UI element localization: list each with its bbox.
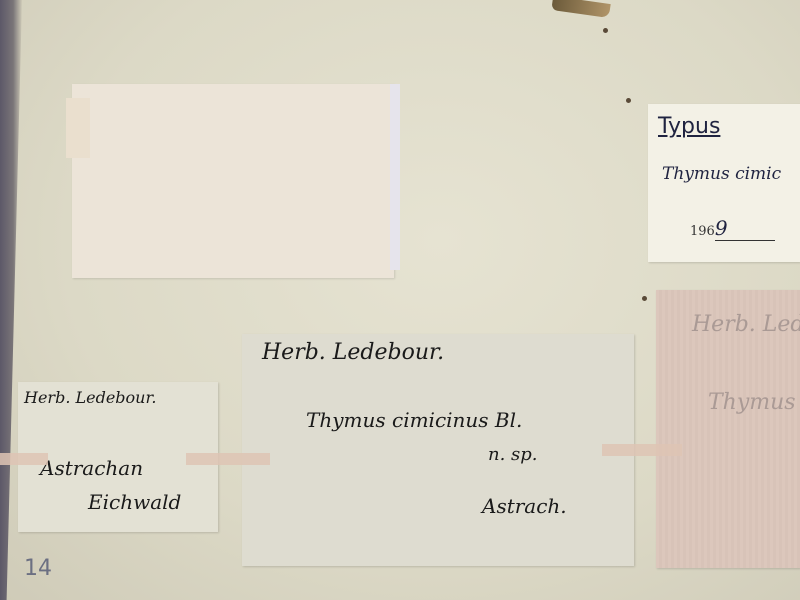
main-taxon: Thymus cimicinus Bl.	[306, 408, 522, 432]
pink-herbarium: Herb. Led	[692, 312, 800, 337]
typus-taxon: Thymus cimic	[662, 164, 781, 184]
main-locality: Astrach.	[482, 494, 567, 518]
typus-label: Typus Thymus cimic 1969	[648, 104, 800, 262]
small-herbarium: Herb. Ledebour.	[24, 388, 156, 407]
typus-title: Typus	[658, 114, 720, 139]
envelope-left-flap	[66, 98, 90, 158]
small-collector: Eichwald	[88, 490, 181, 514]
sheet-number: 14	[24, 556, 52, 581]
typus-year: 1969	[690, 216, 775, 241]
main-label: Herb. Ledebour. Thymus cimicinus Bl. n. …	[242, 334, 634, 566]
mounting-tape	[186, 453, 270, 465]
debris-speck	[642, 296, 647, 301]
mounting-tape	[0, 453, 48, 465]
debris-speck	[626, 98, 631, 103]
debris-speck	[603, 28, 608, 33]
main-herbarium: Herb. Ledebour.	[262, 340, 444, 365]
specimen-envelope[interactable]	[72, 84, 394, 278]
main-status: n. sp.	[488, 444, 538, 465]
year-suffix: 9	[715, 216, 775, 241]
small-locality: Astrachan	[40, 456, 143, 480]
pink-label: Herb. Led Thymus	[656, 290, 800, 568]
mounting-tape	[602, 444, 682, 456]
envelope-right-flap	[390, 84, 400, 270]
year-prefix: 196	[690, 224, 715, 239]
pink-taxon: Thymus	[708, 390, 796, 415]
